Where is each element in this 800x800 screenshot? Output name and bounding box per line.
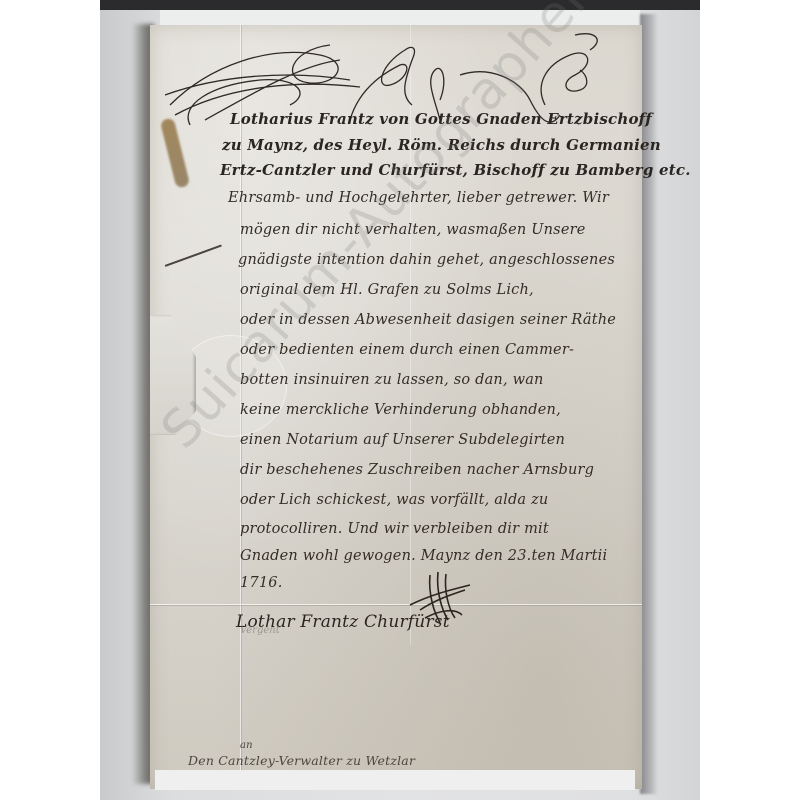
body-line-2: mögen dir nicht verhalten, wasmaßen Unse… [240,222,586,238]
body-line-5: oder in dessen Abwesenheit dasigen seine… [240,312,616,328]
body-line-9: einen Notarium auf Unserer Subdelegirten [240,432,565,448]
body-line-1: Ehrsamb- und Hochgelehrter, lieber getre… [228,190,609,206]
body-line-3: gnädigste intention dahin gehet, angesch… [238,252,615,268]
address-prefix: an [240,740,253,751]
bottom-paper-strip [155,770,635,790]
body-line-14-date: 1716. [240,575,283,591]
fold-line-horizontal [150,604,642,605]
photo-stage: Lotharius Frantz von Gottes Gnaden Ertzb… [0,0,800,800]
faint-pencil-note: Vergeht [240,625,280,636]
body-line-10: dir beschehenes Zuschreiben nacher Arnsb… [240,462,594,478]
header-line-3: Ertz-Cantzler und Churfürst, Bischoff zu… [220,161,691,179]
header-line-1: Lotharius Frantz von Gottes Gnaden Ertzb… [230,110,652,128]
body-line-4: original dem Hl. Grafen zu Solms Lich, [240,282,534,298]
header-line-2: zu Maynz, des Heyl. Röm. Reichs durch Ge… [222,136,661,154]
address-line: Den Cantzley-Verwalter zu Wetzlar [188,753,415,768]
body-line-12: protocolliren. Und wir verbleiben dir mi… [240,521,549,537]
paraph-mark-icon [400,560,480,630]
body-line-6: oder bedienten einem durch einen Cammer- [240,342,574,358]
board-top-edge [100,0,700,10]
body-line-11: oder Lich schickest, was vorfällt, alda … [240,492,548,508]
body-line-7: botten insinuiren zu lassen, so dan, wan [240,372,544,388]
body-line-8: keine merckliche Verhinderung obhanden, [240,402,561,418]
